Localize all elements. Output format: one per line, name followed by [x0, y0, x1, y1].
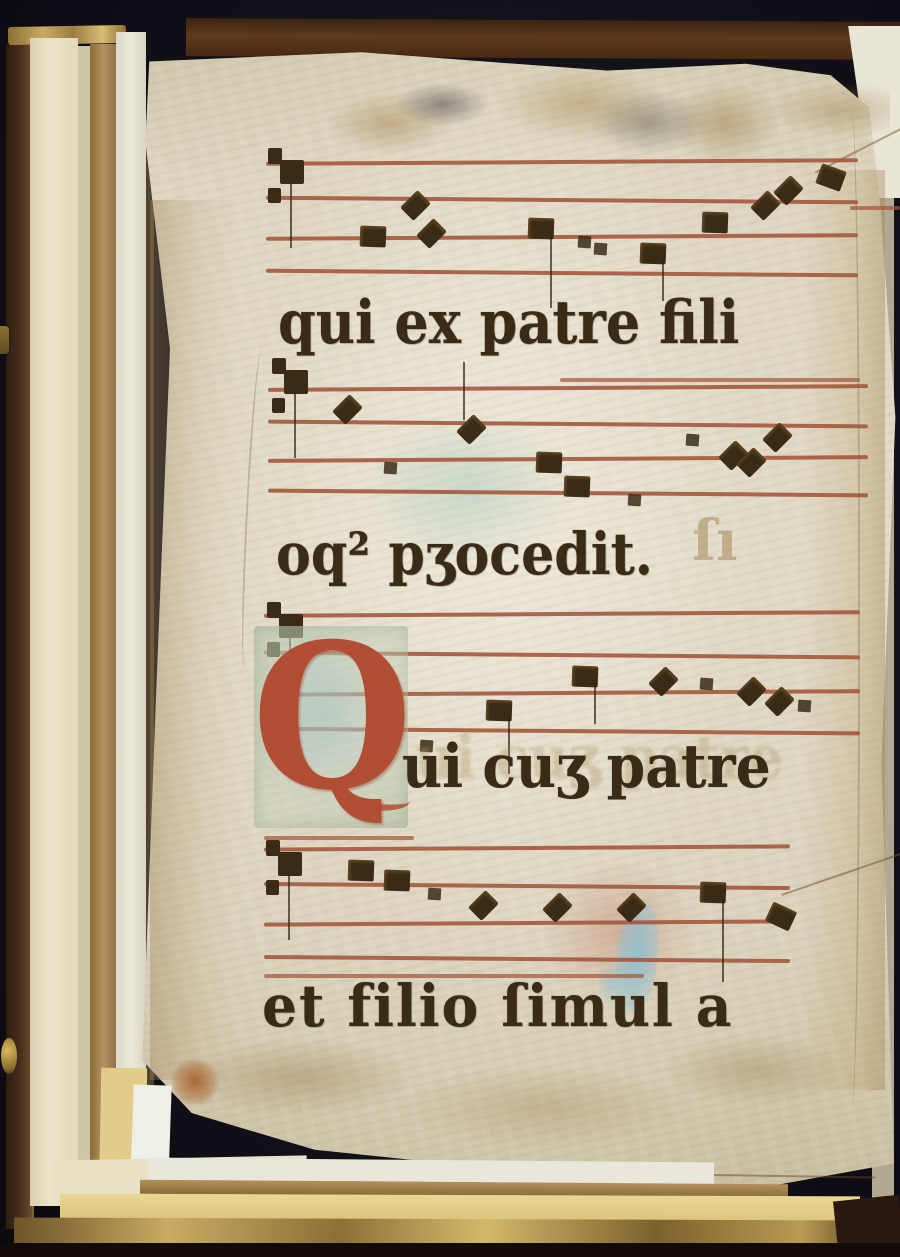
neume-small — [686, 434, 700, 447]
staff-line — [268, 384, 868, 392]
neume-small — [628, 494, 642, 507]
neume-square — [360, 226, 387, 248]
clef-mark — [272, 398, 285, 413]
clef-mark — [284, 370, 308, 394]
neume-small — [384, 462, 398, 475]
staff-line-partial — [560, 378, 860, 382]
neume-diamond — [456, 414, 487, 445]
neume-diamond — [400, 190, 431, 221]
neume-small — [594, 243, 608, 256]
clef-mark — [268, 188, 281, 203]
clef-stem — [288, 874, 290, 940]
neume-diamond — [416, 218, 447, 249]
neume-square — [564, 476, 591, 498]
showthrough-text: ſı — [692, 508, 737, 574]
neume-stem — [722, 898, 724, 982]
chant-text-line-1: qui ex patre fili — [278, 288, 739, 358]
staff-line — [264, 844, 790, 851]
neume-small — [428, 888, 442, 901]
staff-line — [268, 455, 868, 463]
staff-line — [264, 919, 790, 926]
clef-mark — [266, 880, 279, 895]
neume-square — [815, 163, 847, 192]
neume-diamond — [736, 676, 767, 707]
cover-bottom-dark — [0, 1243, 900, 1257]
clef-mark — [280, 160, 304, 184]
staff-line-partial — [850, 206, 900, 210]
neume-square — [702, 212, 729, 234]
neume-small — [798, 700, 812, 713]
staff-line — [266, 158, 858, 166]
neume-diamond — [468, 890, 499, 921]
neume-small — [578, 236, 592, 249]
staff-line-partial — [264, 836, 414, 840]
clef-mark — [278, 852, 302, 876]
chant-text-line-3: ui cuʒ patre — [402, 732, 771, 802]
neume-square — [384, 870, 411, 892]
neume-diamond — [542, 892, 573, 923]
neume-square — [348, 860, 375, 882]
illuminated-initial-q: Q — [252, 618, 412, 818]
chant-text-line-2: oq² pʒocedit. — [276, 520, 653, 588]
neume-stem — [594, 682, 596, 724]
neume-small — [700, 678, 714, 691]
neume-square — [536, 452, 563, 474]
clef-stem — [294, 392, 296, 458]
neume-diamond — [616, 892, 647, 923]
neume-stem — [463, 362, 465, 420]
clef-stem — [290, 182, 292, 248]
manuscript-photo: Q qui ex patre fili oq² pʒocedit. ſı ui … — [0, 0, 900, 1257]
chant-text-line-4: et filio ſimul a — [262, 972, 733, 1040]
staff-line — [264, 955, 790, 963]
staff-line — [266, 269, 858, 278]
staff-line — [266, 233, 858, 241]
neume-square — [765, 901, 797, 931]
